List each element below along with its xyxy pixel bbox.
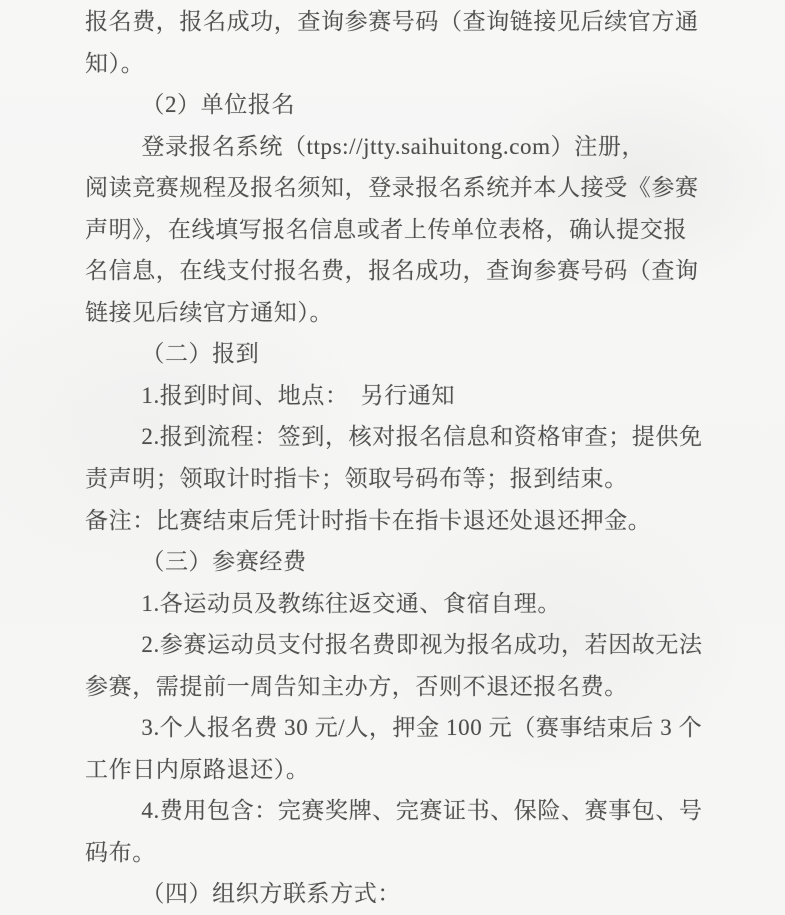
text-line: 工作日内原路退还）。 — [85, 749, 699, 791]
text-line: 责声明；领取计时指卡；领取号码布等；报到结束。 — [85, 458, 699, 500]
text-line: 报名费，报名成功，查询参赛号码（查询链接见后续官方通 — [85, 1, 699, 43]
text-line: 登录报名系统（ttps://jtty.saihuitong.com）注册， — [85, 126, 699, 168]
text-line: 参赛，需提前一周告知主办方，否则不退还报名费。 — [85, 666, 699, 708]
text-line: 1.各运动员及教练往返交通、食宿自理。 — [85, 583, 699, 625]
text-line: 1.报到时间、地点： 另行通知 — [85, 375, 699, 417]
section-heading-check-in: （二）报到 — [85, 333, 699, 375]
text-line: 名信息，在线支付报名费，报名成功，查询参赛号码（查询 — [85, 250, 699, 292]
text-line: 知）。 — [85, 43, 699, 85]
text-line: 链接见后续官方通知）。 — [85, 292, 699, 334]
section-heading-unit-registration: （2）单位报名 — [85, 84, 699, 126]
text-line: 3.个人报名费 30 元/人，押金 100 元（赛事结束后 3 个 — [85, 707, 699, 749]
text-line: 声明》，在线填写报名信息或者上传单位表格，确认提交报 — [85, 209, 699, 251]
document-page: 报名费，报名成功，查询参赛号码（查询链接见后续官方通 知）。 （2）单位报名 登… — [0, 0, 785, 915]
section-heading-organizer-contact: （四）组织方联系方式： — [85, 873, 699, 915]
text-line: 2.参赛运动员支付报名费即视为报名成功，若因故无法 — [85, 624, 699, 666]
text-line: 4.费用包含：完赛奖牌、完赛证书、保险、赛事包、号 — [85, 790, 699, 832]
section-heading-entry-fees: （三）参赛经费 — [85, 541, 699, 583]
text-line: 2.报到流程：签到，核对报名信息和资格审查；提供免 — [85, 416, 699, 458]
text-line: 阅读竞赛规程及报名须知，登录报名系统并本人接受《参赛 — [85, 167, 699, 209]
text-line: 备注：比赛结束后凭计时指卡在指卡退还处退还押金。 — [85, 500, 699, 542]
text-line: 码布。 — [85, 832, 699, 874]
